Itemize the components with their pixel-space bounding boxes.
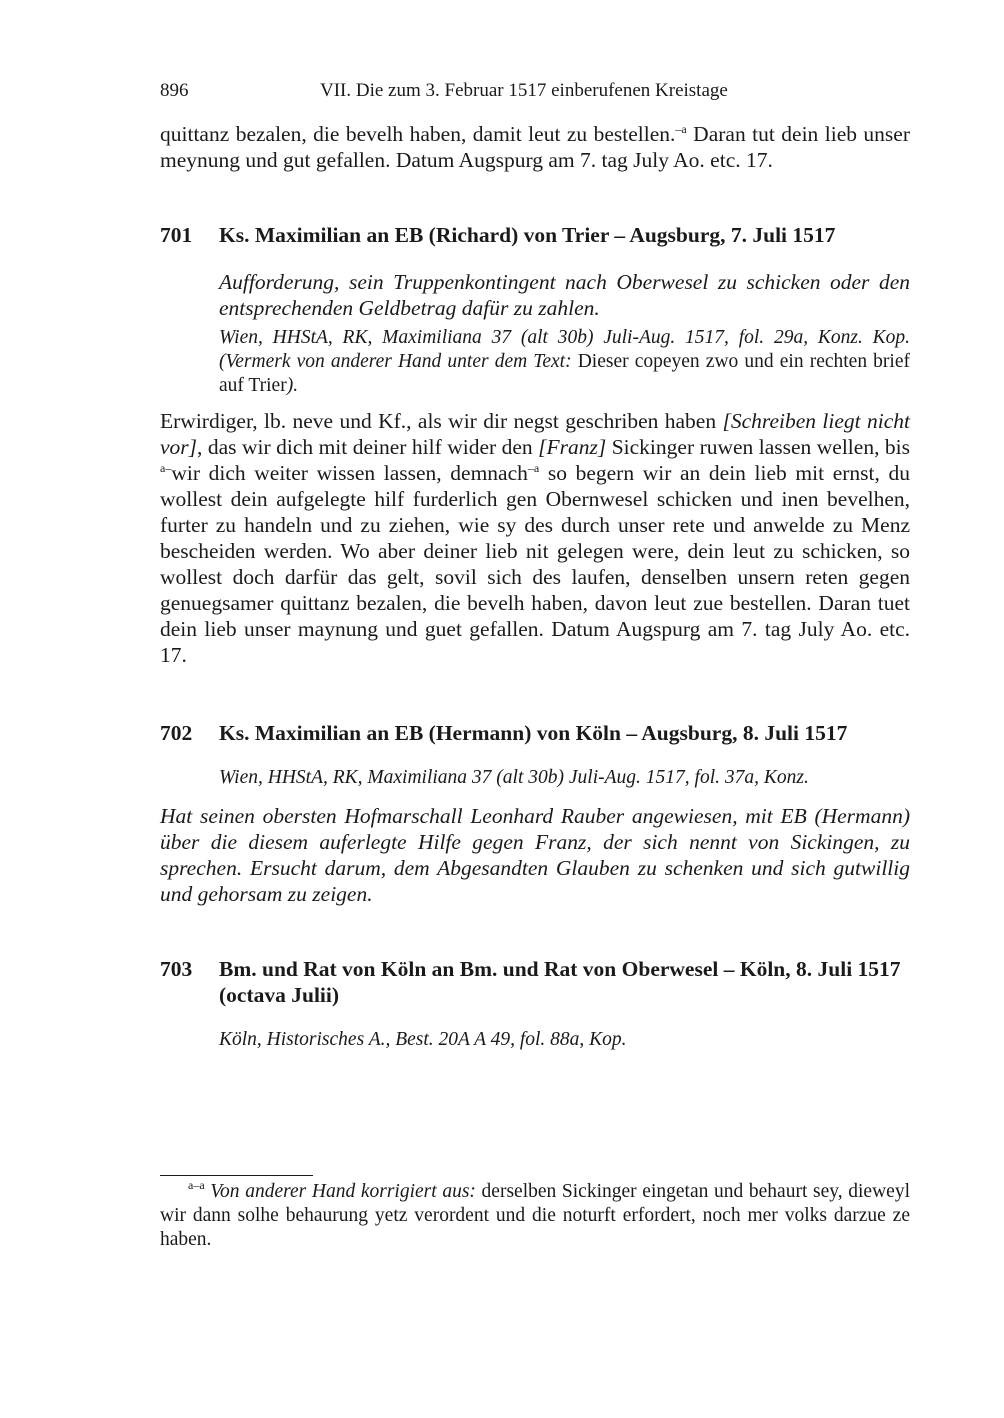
document-number: 703 — [160, 956, 219, 1008]
footnote-mark: a–a — [188, 1178, 205, 1192]
document-regest: Aufforderung, sein Truppenkontingent nac… — [219, 269, 910, 321]
document-title: Ks. Maximilian an EB (Richard) von Trier… — [219, 222, 910, 248]
footnote-divider — [160, 1175, 313, 1176]
document-source: Wien, HHStA, RK, Maximiliana 37 (alt 30b… — [219, 766, 910, 790]
document-heading: 702 Ks. Maximilian an EB (Hermann) von K… — [160, 720, 910, 746]
document-heading: 703 Bm. und Rat von Köln an Bm. und Rat … — [160, 956, 910, 1008]
footnote-a: a–a Von anderer Hand korrigiert aus: der… — [160, 1180, 910, 1252]
document-regest: Hat seinen obersten Hofmarschall Leonhar… — [160, 803, 910, 907]
page-header: 896 VII. Die zum 3. Februar 1517 einberu… — [160, 80, 910, 106]
document-text: Erwirdiger, lb. neve und Kf., als wir di… — [160, 408, 910, 668]
document-701: 701 Ks. Maximilian an EB (Richard) von T… — [160, 222, 910, 668]
footnote-mark: –a — [528, 461, 539, 475]
page-number: 896 — [160, 80, 189, 102]
continuation-text-1: quittanz bezalen, die bevelh haben, dami… — [160, 122, 675, 146]
running-title: VII. Die zum 3. Februar 1517 einberufene… — [320, 80, 728, 102]
footnote-mark: a– — [160, 461, 171, 475]
continuation-paragraph: quittanz bezalen, die bevelh haben, dami… — [160, 121, 910, 173]
document-703: 703 Bm. und Rat von Köln an Bm. und Rat … — [160, 956, 910, 1052]
document-702: 702 Ks. Maximilian an EB (Hermann) von K… — [160, 720, 910, 907]
document-number: 701 — [160, 222, 219, 248]
document-heading: 701 Ks. Maximilian an EB (Richard) von T… — [160, 222, 910, 248]
document-number: 702 — [160, 720, 219, 746]
document-source: Köln, Historisches A., Best. 20A A 49, f… — [219, 1028, 910, 1052]
footnote-mark: –a — [675, 122, 686, 136]
document-title: Bm. und Rat von Köln an Bm. und Rat von … — [219, 956, 910, 1008]
document-title: Ks. Maximilian an EB (Hermann) von Köln … — [219, 720, 910, 746]
footnotes: a–a Von anderer Hand korrigiert aus: der… — [160, 1180, 910, 1252]
document-source: Wien, HHStA, RK, Maximiliana 37 (alt 30b… — [219, 326, 910, 398]
